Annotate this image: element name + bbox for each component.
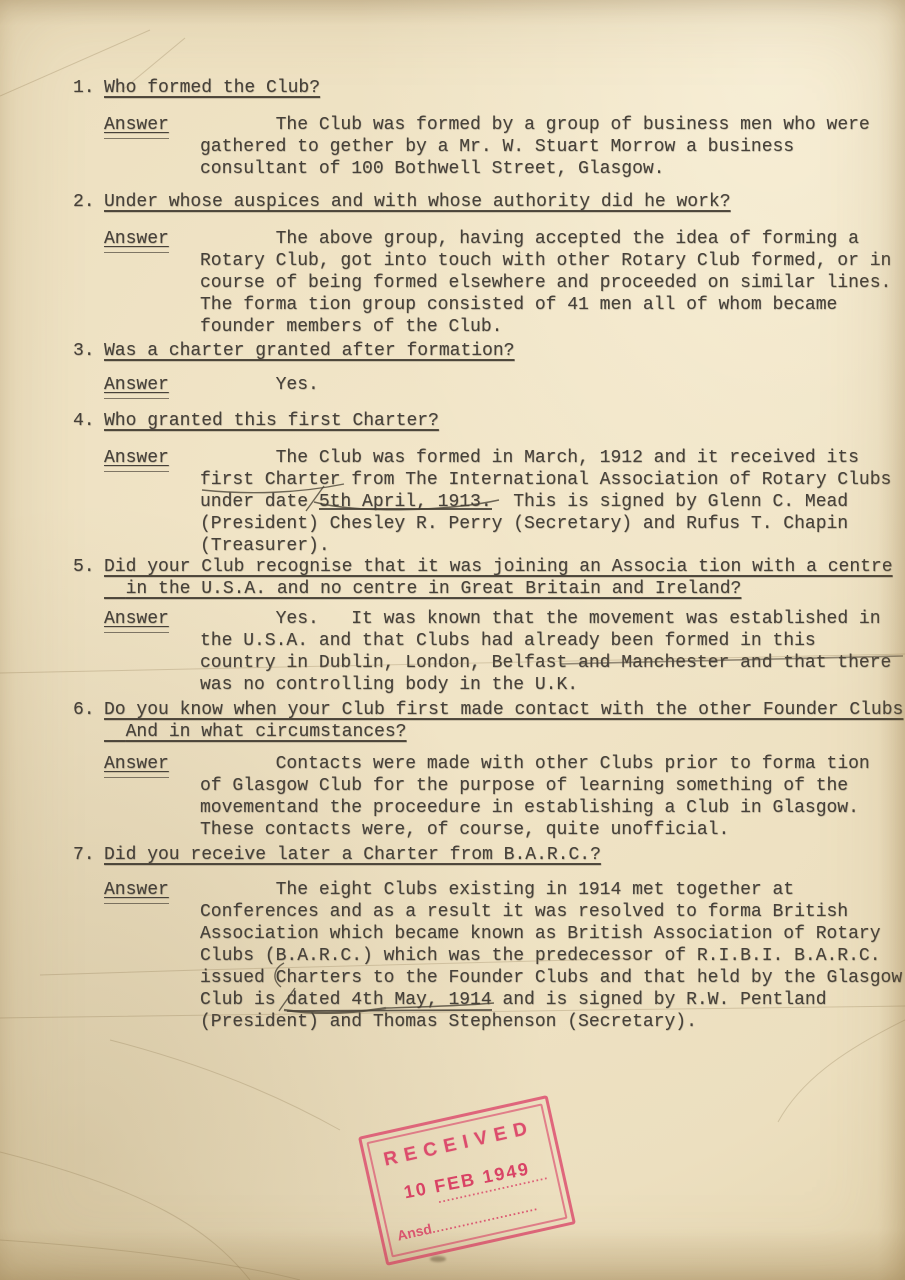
paper-speck (430, 1256, 446, 1262)
question-number: 1. (73, 77, 95, 99)
answer-label: Answer (104, 447, 169, 472)
question-text: Do you know when your Club first made co… (104, 699, 905, 743)
question-number: 6. (73, 699, 95, 721)
question-text: Did your Club recognise that it was join… (104, 556, 905, 600)
received-stamp-inner-border: RECEIVED 10 FEB 1949 ...................… (366, 1103, 567, 1257)
answer-text: The Club was formed by a group of busine… (200, 114, 905, 180)
answer-label: Answer (104, 228, 169, 253)
answer-text: Contacts were made with other Clubs prio… (200, 753, 905, 841)
question-text: Under whose auspices and with whose auth… (104, 191, 905, 213)
answer-label: Answer (104, 879, 169, 904)
answer-label: Answer (104, 114, 169, 139)
answer-label: Answer (104, 753, 169, 778)
question-number: 5. (73, 556, 95, 578)
question-number: 7. (73, 844, 95, 866)
question-text: Who granted this first Charter? (104, 410, 905, 432)
document-page: 1. Who formed the Club? Answer The Club … (0, 0, 905, 1280)
question-text: Was a charter granted after formation? (104, 340, 905, 362)
question-number: 2. (73, 191, 95, 213)
question-number: 3. (73, 340, 95, 362)
question-text: Did you receive later a Charter from B.A… (104, 844, 905, 866)
question-number: 4. (73, 410, 95, 432)
answer-text: The eight Clubs existing in 1914 met tog… (200, 879, 905, 1033)
answer-label: Answer (104, 374, 169, 399)
question-text: Who formed the Club? (104, 77, 905, 99)
answer-text: The above group, having accepted the ide… (200, 228, 905, 338)
answer-text: Yes. (200, 374, 905, 396)
answer-text: The Club was formed in March, 1912 and i… (200, 447, 905, 557)
received-stamp: RECEIVED 10 FEB 1949 ...................… (358, 1095, 576, 1266)
stamp-ansd-label: Ansd (396, 1220, 434, 1243)
answer-text: Yes. It was known that the movement was … (200, 608, 905, 696)
answer-label: Answer (104, 608, 169, 633)
